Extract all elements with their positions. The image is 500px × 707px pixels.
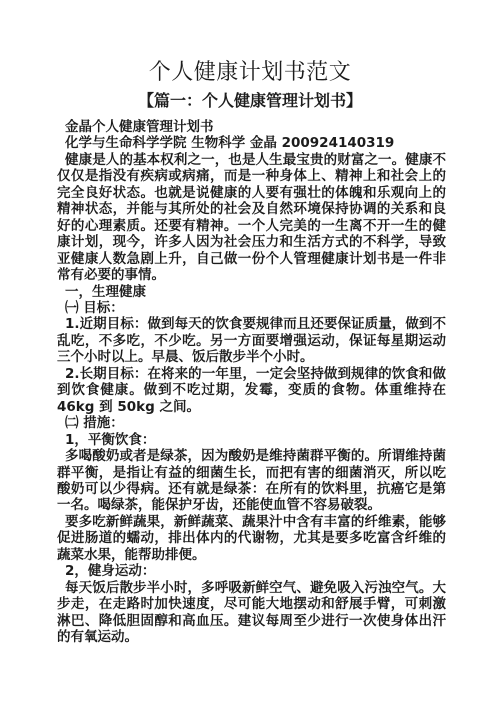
paragraph: 2.长期目标：在将来的一年里，一定会坚持做到规律的饮食和做到饮食健康。做到不吃过… [57,366,446,415]
paragraph: 1，平衡饮食： [57,432,446,448]
paragraph: 要多吃新鲜蔬果，新鲜蔬菜、蔬果汁中含有丰富的纤维素，能够促进肠道的蠕动，排出体内… [57,514,446,563]
section-heading: 【篇一：个人健康管理计划书】 [0,90,500,112]
page-title: 个人健康计划书范文 [0,0,500,88]
paragraph: ㈠ 目标： [57,300,446,316]
paragraph: 化学与生命科学学院 生物科学 金晶 200924140319 [57,135,446,151]
paragraph: 多喝酸奶或者是绿茶，因为酸奶是维持菌群平衡的。所谓维持菌群平衡，是指让有益的细菌… [57,448,446,514]
paragraph: 健康是人的基本权利之一，也是人生最宝贵的财富之一。健康不仅仅是指没有疾病或病痛，… [57,152,446,284]
paragraph: 1.近期目标：做到每天的饮食要规律而且还要保证质量，做到不乱吃，不多吃，不少吃。… [57,316,446,365]
paragraph: ㈡ 措施： [57,415,446,431]
document-page: 个人健康计划书范文 【篇一：个人健康管理计划书】 金晶个人健康管理计划书 化学与… [0,0,500,707]
paragraph: 每天饭后散步半小时，多呼吸新鲜空气、避免吸入污浊空气。大步走，在走路时加快速度，… [57,580,446,646]
paragraph: 一，生理健康 [57,284,446,300]
paragraph: 2，健身运动： [57,563,446,579]
paragraph: 金晶个人健康管理计划书 [57,119,446,135]
document-body: 金晶个人健康管理计划书 化学与生命科学学院 生物科学 金晶 2009241403… [57,119,446,646]
